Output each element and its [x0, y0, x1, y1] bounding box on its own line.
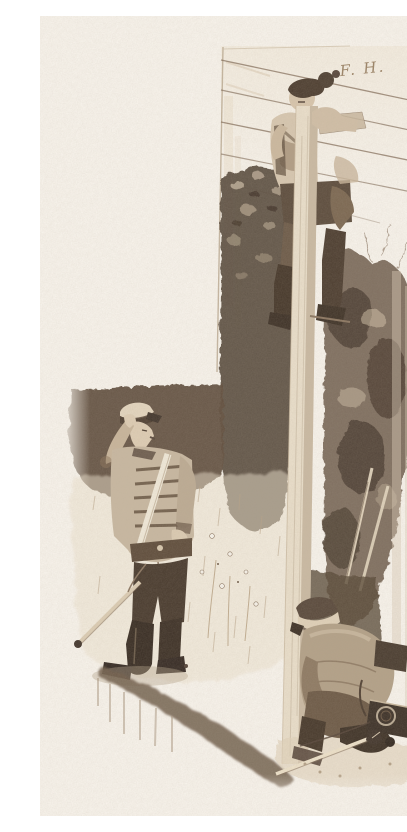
- engraving-illustration: F. H.: [40, 16, 407, 816]
- illustration-svg: F. H.: [40, 16, 407, 816]
- halftone-overlay: [40, 16, 407, 816]
